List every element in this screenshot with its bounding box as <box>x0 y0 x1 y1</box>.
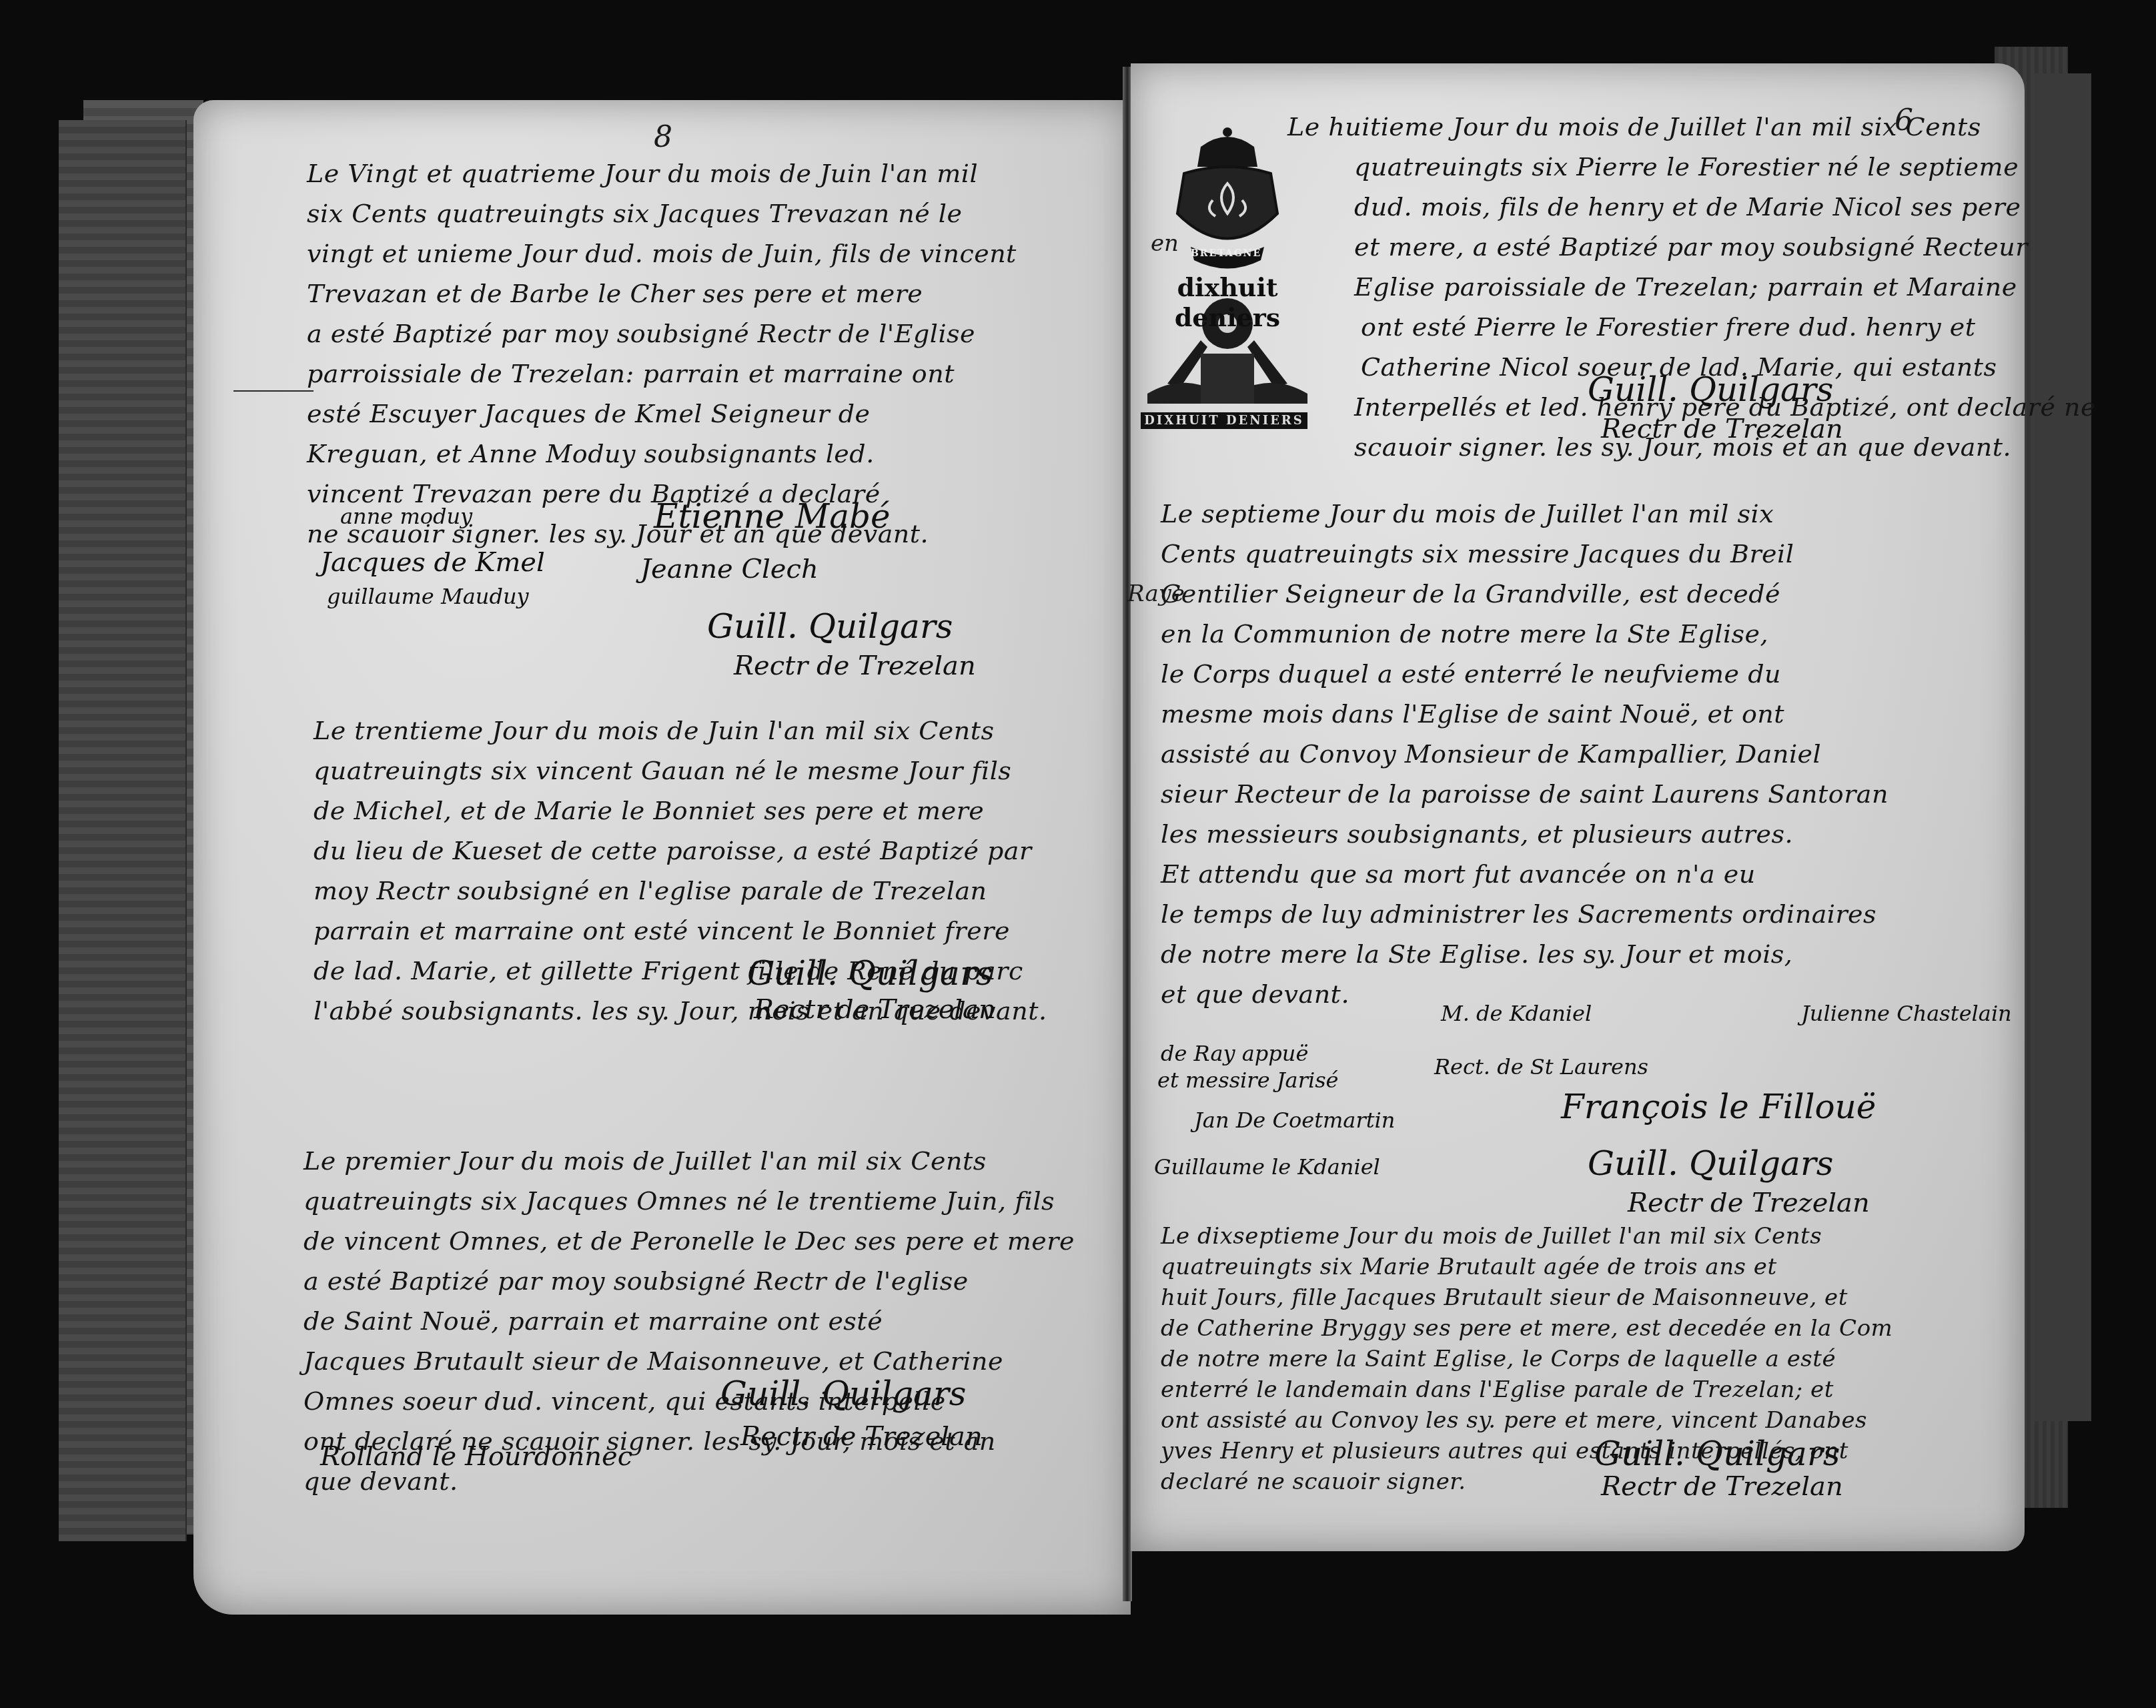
signature-rector: Guill. Quilgars <box>720 1374 966 1413</box>
signature-rector-title: Rectr de Trezelan <box>754 994 996 1025</box>
signature-rector-title: Rectr de Trezelan <box>1628 1188 1870 1218</box>
signature-rector-title: Rectr de Trezelan <box>1601 1471 1843 1502</box>
signature-rector: Guill. Quilgars <box>707 607 953 646</box>
signature: Etienne Mabé <box>654 497 891 536</box>
binding-stack-left <box>59 120 187 1541</box>
signature: anne moduy <box>340 504 472 529</box>
entry-baptism-pierre-le-forestier: Le huitieme Jour du mois de Juillet l'an… <box>1161 107 2096 467</box>
signature-rector-title: Rectr de Trezelan <box>740 1421 983 1452</box>
entry-burial-jacques-du-breil: Le septieme Jour du mois de Juillet l'an… <box>1161 494 1889 1014</box>
signature: Jacques de Kmel <box>320 547 545 578</box>
entry-baptism-jacques-trevazan: Le Vingt et quatrieme Jour du mois de Ju… <box>307 153 1017 554</box>
signature: guillaume Mauduy <box>327 584 529 609</box>
signature-rector: Guill. Quilgars <box>1588 370 1833 409</box>
signature-rector: Guill. Quilgars <box>747 954 993 993</box>
signature: de Ray appuë <box>1161 1041 1308 1066</box>
signature-rector-title: Rectr de Trezelan <box>734 651 976 681</box>
signature-rector: Guill. Quilgars <box>1594 1434 1840 1473</box>
signature: Rolland le Hourdonnec <box>320 1441 632 1472</box>
signature: M. de Kdaniel <box>1441 1001 1592 1026</box>
signature: Julienne Chastelain <box>1801 1001 2012 1026</box>
signature: et messire Jarisé <box>1157 1067 1339 1093</box>
signature: Rect. de St Laurens <box>1434 1054 1648 1080</box>
signature-rector: Guill. Quilgars <box>1588 1144 1833 1183</box>
signature: François le Fillouë <box>1561 1088 1876 1126</box>
signature: Jan De Coetmartin <box>1194 1108 1395 1133</box>
margin-note-raye: Raye <box>1127 580 1185 607</box>
left-folio-number: 8 <box>654 120 672 154</box>
signature-rector-title: Rectr de Trezelan <box>1601 414 1843 444</box>
signature: Guillaume le Kdaniel <box>1154 1154 1380 1180</box>
margin-dash <box>233 390 314 392</box>
signature: Jeanne Clech <box>640 554 819 584</box>
